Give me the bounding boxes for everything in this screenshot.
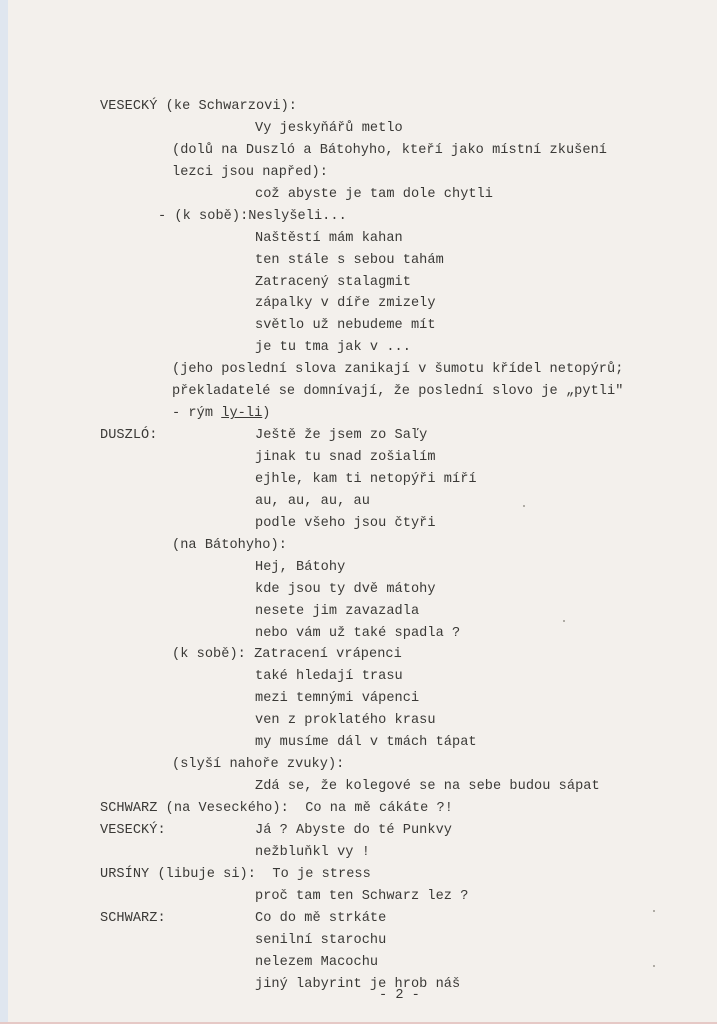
script-line: překladatelé se domnívají, že poslední s… [8, 381, 717, 403]
scan-left-edge [0, 0, 8, 1024]
script-line: lezci jsou napřed): [8, 162, 717, 184]
script-line: SCHWARZ (na Veseckého): Co na mě cákáte … [8, 798, 717, 820]
script-line: nesete jim zavazadla [8, 601, 717, 623]
script-line: Vy jeskyňářů metlo [8, 118, 717, 140]
verse-line: ven z proklatého krasu [255, 710, 436, 732]
script-line: senilní starochu [8, 930, 717, 952]
verse-line: jinak tu snad zošialím [255, 447, 436, 469]
stage-direction: (na Bátohyho): [172, 535, 287, 557]
script-line: URSÍNY (libuje si): To je stress [8, 864, 717, 886]
script-line: (dolů na Duszló a Bátohyho, kteří jako m… [8, 140, 717, 162]
script-line: Zatracený stalagmit [8, 272, 717, 294]
script-line: (slyší nahoře zvuky): [8, 754, 717, 776]
stage-direction: (slyší nahoře zvuky): [172, 754, 344, 776]
typewritten-page: VESECKÝ (ke Schwarzovi):Vy jeskyňářů met… [8, 0, 717, 1022]
verse-line: Co do mě strkáte [255, 908, 386, 930]
verse-line: Zatracený stalagmit [255, 272, 411, 294]
verse-line: mezi temnými vápenci [255, 688, 419, 710]
script-line: jiný labyrint je hrob náš [8, 974, 717, 996]
paper-speck [653, 965, 655, 967]
verse-line: my musíme dál v tmách tápat [255, 732, 477, 754]
verse-line: jiný labyrint je hrob náš [255, 974, 460, 996]
speaker-name: SCHWARZ (na Veseckého): Co na mě cákáte … [100, 798, 453, 820]
script-line: jinak tu snad zošialím [8, 447, 717, 469]
script-line: podle všeho jsou čtyři [8, 513, 717, 535]
play-script: VESECKÝ (ke Schwarzovi):Vy jeskyňářů met… [8, 96, 717, 995]
speaker-name: VESECKÝ (ke Schwarzovi): [100, 96, 297, 118]
script-line: SCHWARZ:Co do mě strkáte [8, 908, 717, 930]
verse-line: au, au, au, au [255, 491, 370, 513]
verse-line: což abyste je tam dole chytli [255, 184, 493, 206]
verse-line: Naštěstí mám kahan [255, 228, 403, 250]
underlined-rhyme: ly-li [221, 406, 262, 421]
script-line: - rým ly-li) [8, 403, 717, 425]
script-line: (na Bátohyho): [8, 535, 717, 557]
stage-direction: (k sobě): Zatracení vrápenci [172, 644, 402, 666]
verse-line: ejhle, kam ti netopýři míří [255, 469, 477, 491]
script-line: VESECKÝ (ke Schwarzovi): [8, 96, 717, 118]
script-line: také hledají trasu [8, 666, 717, 688]
script-line: ejhle, kam ti netopýři míří [8, 469, 717, 491]
script-line: ten stále s sebou tahám [8, 250, 717, 272]
verse-line: nebo vám už také spadla ? [255, 623, 460, 645]
verse-line: proč tam ten Schwarz lez ? [255, 886, 468, 908]
verse-line: Hej, Bátohy [255, 557, 345, 579]
stage-direction: (jeho poslední slova zanikají v šumotu k… [172, 359, 623, 381]
script-line: světlo už nebudeme mít [8, 315, 717, 337]
verse-line: Zdá se, že kolegové se na sebe budou sáp… [255, 776, 600, 798]
script-line: nežbluňkl vy ! [8, 842, 717, 864]
verse-line: Já ? Abyste do té Punkvy [255, 820, 452, 842]
stage-direction: (dolů na Duszló a Bátohyho, kteří jako m… [172, 140, 607, 162]
script-line: my musíme dál v tmách tápat [8, 732, 717, 754]
verse-line: je tu tma jak v ... [255, 337, 411, 359]
verse-line: zápalky v díře zmizely [255, 293, 436, 315]
stage-direction: - rým ly-li) [172, 403, 271, 425]
verse-line: nežbluňkl vy ! [255, 842, 370, 864]
verse-line: senilní starochu [255, 930, 386, 952]
script-line: Naštěstí mám kahan [8, 228, 717, 250]
verse-line: podle všeho jsou čtyři [255, 513, 436, 535]
script-line: (jeho poslední slova zanikají v šumotu k… [8, 359, 717, 381]
script-line: kde jsou ty dvě mátohy [8, 579, 717, 601]
script-line: Zdá se, že kolegové se na sebe budou sáp… [8, 776, 717, 798]
script-line: nelezem Macochu [8, 952, 717, 974]
speaker-name: VESECKÝ: [100, 820, 166, 842]
script-line: VESECKÝ:Já ? Abyste do té Punkvy [8, 820, 717, 842]
verse-line: nesete jim zavazadla [255, 601, 419, 623]
page-number-text: - 2 - [379, 988, 420, 1003]
verse-line: ten stále s sebou tahám [255, 250, 444, 272]
script-line: nebo vám už také spadla ? [8, 623, 717, 645]
script-line: mezi temnými vápenci [8, 688, 717, 710]
script-line: ven z proklatého krasu [8, 710, 717, 732]
speaker-name: DUSZLÓ: [100, 425, 157, 447]
script-line: proč tam ten Schwarz lez ? [8, 886, 717, 908]
speaker-name: URSÍNY (libuje si): To je stress [100, 864, 371, 886]
script-line: zápalky v díře zmizely [8, 293, 717, 315]
paper-speck [523, 505, 525, 507]
script-line: Hej, Bátohy [8, 557, 717, 579]
paper-speck [563, 620, 565, 622]
verse-line: světlo už nebudeme mít [255, 315, 436, 337]
verse-line: kde jsou ty dvě mátohy [255, 579, 436, 601]
paper-speck [653, 910, 655, 912]
script-line: DUSZLÓ:Ještě že jsem zo Saľy [8, 425, 717, 447]
stage-direction: - (k sobě):Neslyšeli... [158, 206, 347, 228]
stage-direction: překladatelé se domnívají, že poslední s… [172, 381, 623, 403]
script-line: což abyste je tam dole chytli [8, 184, 717, 206]
verse-line: také hledají trasu [255, 666, 403, 688]
verse-line: Ještě že jsem zo Saľy [255, 425, 427, 447]
verse-line: nelezem Macochu [255, 952, 378, 974]
verse-line: Vy jeskyňářů metlo [255, 118, 403, 140]
script-line: au, au, au, au [8, 491, 717, 513]
script-line: je tu tma jak v ... [8, 337, 717, 359]
script-line: (k sobě): Zatracení vrápenci [8, 644, 717, 666]
script-line: - (k sobě):Neslyšeli... [8, 206, 717, 228]
stage-direction: lezci jsou napřed): [172, 162, 328, 184]
speaker-name: SCHWARZ: [100, 908, 166, 930]
